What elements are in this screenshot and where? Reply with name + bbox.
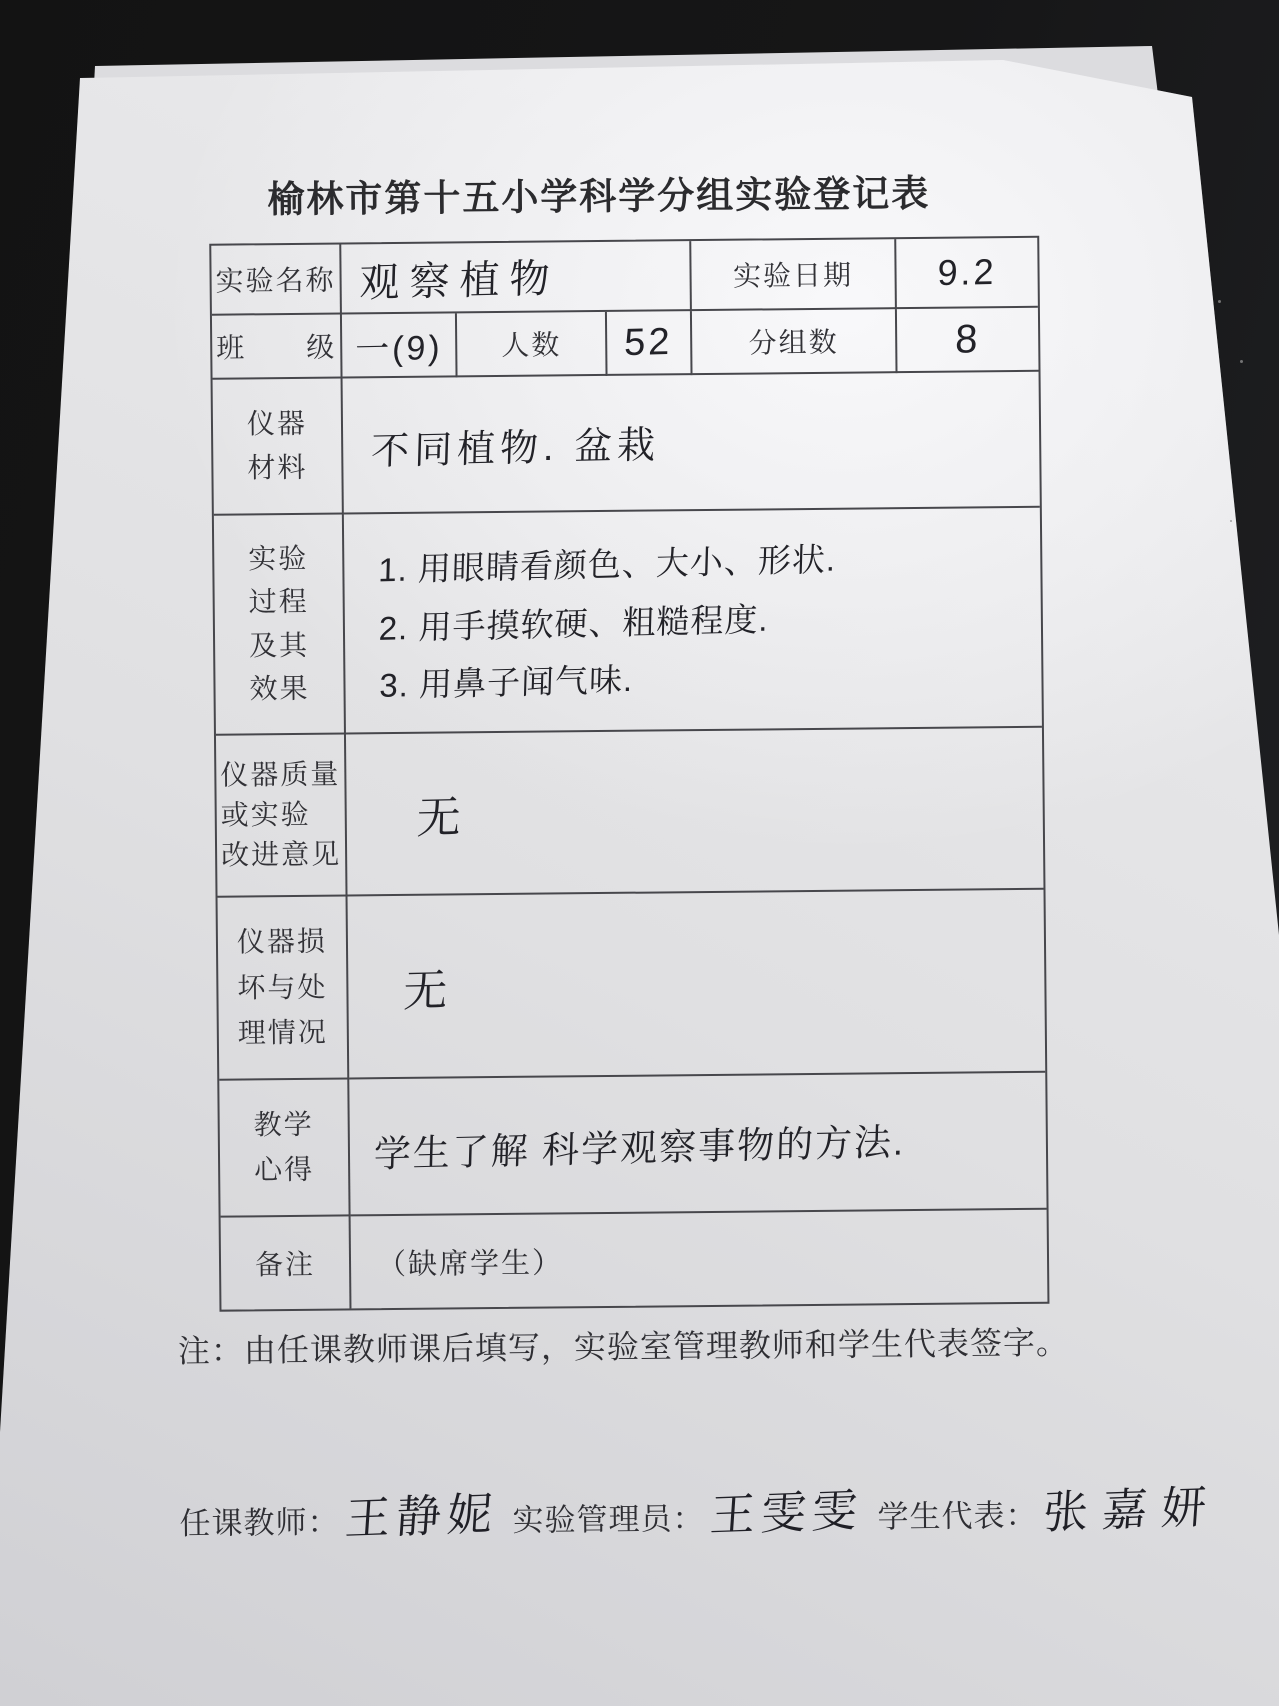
teacher-signature: 王静妮 <box>343 1477 500 1548</box>
class-label: 班 级 <box>212 314 343 379</box>
student-count-label: 人数 <box>457 312 608 377</box>
row-class: 班 级 一(9) 人数 52 分组数 8 <box>212 308 1039 380</box>
row-process: 实验 过程 及其 效果 1. 用眼睛看颜色、大小、形状. 2. 用手摸软硬、粗糙… <box>214 508 1042 736</box>
materials-handwriting: 不同植物. 盆栽 <box>370 413 661 475</box>
reflection-handwriting: 学生了解 科学观察事物的方法. <box>373 1111 906 1178</box>
damage-value: 无 <box>348 890 1046 1080</box>
row-reflection: 教学 心得 学生了解 科学观察事物的方法. <box>219 1073 1046 1218</box>
reflection-label: 教学 心得 <box>219 1079 350 1217</box>
reflection-value: 学生了解 科学观察事物的方法. <box>349 1073 1046 1217</box>
experiment-date-value: 9.2 <box>896 238 1038 309</box>
process-value: 1. 用眼睛看颜色、大小、形状. 2. 用手摸软硬、粗糙程度. 3. 用鼻子闻气… <box>344 508 1042 735</box>
footer-note: 注：由任课教师课后填写，实验室管理教师和学生代表签字。 <box>178 1317 1178 1373</box>
remarks-value: （缺席学生） <box>351 1210 1048 1309</box>
student-rep-label: 学生代表： <box>877 1490 1037 1537</box>
date-handwriting: 9.2 <box>937 251 997 294</box>
experiment-name-value: 观察植物 <box>341 241 692 314</box>
quality-value: 无 <box>346 728 1044 897</box>
materials-value: 不同植物. 盆栽 <box>343 372 1040 515</box>
materials-label: 仪器 材料 <box>213 378 344 515</box>
experiment-form-table: 实验名称 观察植物 实验日期 9.2 班 级 一(9) 人数 52 <box>209 236 1049 1312</box>
remarks-label: 备注 <box>221 1216 352 1309</box>
group-count-value: 8 <box>897 308 1039 373</box>
manager-label: 实验管理员： <box>512 1493 704 1540</box>
class-handwriting: 一(9) <box>354 319 443 370</box>
count-handwriting: 52 <box>624 320 674 364</box>
teacher-label: 任课教师： <box>179 1497 339 1544</box>
class-value: 一(9) <box>342 313 458 378</box>
process-step-2: 2. 用手摸软硬、粗糙程度. <box>378 593 769 649</box>
form-title: 榆林市第十五小学科学分组实验登记表 <box>179 162 1019 224</box>
damage-handwriting: 无 <box>402 954 451 1019</box>
quality-label: 仪器质量 或实验 改进意见 <box>216 734 348 897</box>
experiment-date-label: 实验日期 <box>691 239 897 311</box>
quality-handwriting: 无 <box>416 781 465 846</box>
manager-signature: 王雯雯 <box>708 1473 865 1544</box>
row-materials: 仪器 材料 不同植物. 盆栽 <box>213 372 1040 516</box>
row-damage: 仪器损 坏与处 理情况 无 <box>218 890 1046 1081</box>
row-experiment: 实验名称 观察植物 实验日期 9.2 <box>211 238 1038 316</box>
process-step-1: 1. 用眼睛看颜色、大小、形状. <box>378 534 837 592</box>
damage-label: 仪器损 坏与处 理情况 <box>218 896 350 1080</box>
row-quality: 仪器质量 或实验 改进意见 无 <box>216 728 1044 898</box>
student-count-value: 52 <box>607 311 693 376</box>
experiment-name-handwriting: 观察植物 <box>341 246 561 308</box>
form-content: 榆林市第十五小学科学分组实验登记表 实验名称 观察植物 实验日期 9.2 班 级… <box>0 0 1279 1706</box>
student-rep-signature: 张嘉妍 <box>1041 1470 1222 1542</box>
experiment-name-label: 实验名称 <box>211 244 342 315</box>
process-label: 实验 过程 及其 效果 <box>214 514 346 735</box>
process-step-3: 3. 用鼻子闻气味. <box>379 654 634 707</box>
signature-row: 任课教师： 王静妮 实验管理员： 王雯雯 学生代表： 张嘉妍 <box>179 1472 1220 1547</box>
groups-handwriting: 8 <box>954 317 981 363</box>
group-count-label: 分组数 <box>692 309 898 375</box>
photo-of-form: 榆林市第十五小学科学分组实验登记表 实验名称 观察植物 实验日期 9.2 班 级… <box>0 0 1279 1706</box>
row-remarks: 备注 （缺席学生） <box>221 1210 1048 1310</box>
